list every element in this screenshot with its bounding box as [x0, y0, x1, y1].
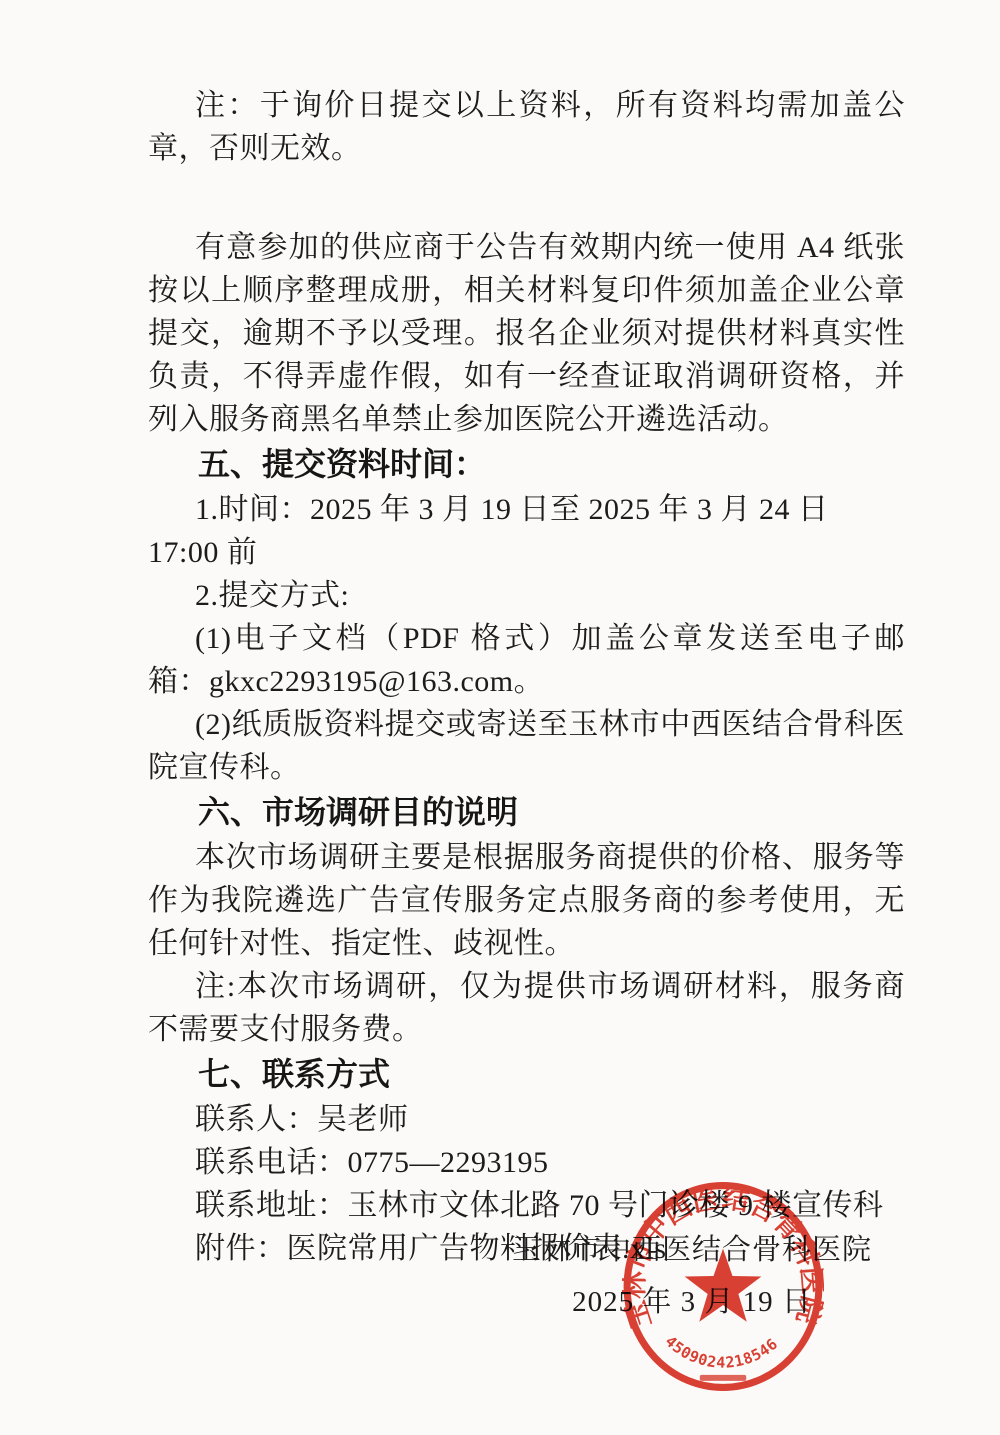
note-top-paragraph: 注：于询价日提交以上资料，所有资料均需加盖公章，否则无效。 [148, 84, 905, 170]
section6-body: 本次市场调研主要是根据服务商提供的价格、服务等作为我院遴选广告宣传服务定点服务商… [148, 836, 905, 965]
section5-heading: 五、提交资料时间： [148, 441, 905, 488]
contact-phone-line: 联系电话：0775—2293195 [148, 1141, 905, 1184]
document-body: 注：于询价日提交以上资料，所有资料均需加盖公章，否则无效。 有意参加的供应商于公… [148, 84, 905, 1270]
section6-note: 注:本次市场调研，仅为提供市场调研材料，服务商不需要支付服务费。 [148, 965, 905, 1051]
section7-heading: 七、联系方式 [148, 1051, 905, 1098]
section5-sub-paper: (2)纸质版资料提交或寄送至玉林市中西医结合骨科医院宣传科。 [148, 703, 905, 789]
section5-item-method: 2.提交方式: [148, 574, 905, 617]
official-seal: 玉林市中西医结合骨科医院 4509024218546 [622, 1181, 824, 1393]
seal-star-icon [685, 1249, 762, 1322]
seal-serial-number: 4509024218546 [662, 1332, 782, 1371]
scanned-document-page: 注：于询价日提交以上资料，所有资料均需加盖公章，否则无效。 有意参加的供应商于公… [0, 0, 1000, 1435]
section5-sub-email: (1)电子文档（PDF 格式）加盖公章发送至电子邮箱：gkxc2293195@1… [148, 617, 905, 703]
section6-heading: 六、市场调研目的说明 [148, 789, 905, 836]
contact-person-line: 联系人：吴老师 [148, 1098, 905, 1141]
section5-item-time: 1.时间：2025 年 3 月 19 日至 2025 年 3 月 24 日 17… [148, 488, 905, 574]
seal-microtext-bar [700, 1375, 746, 1381]
intro-paragraph: 有意参加的供应商于公告有效期内统一使用 A4 纸张按以上顺序整理成册，相关材料复… [148, 226, 905, 441]
